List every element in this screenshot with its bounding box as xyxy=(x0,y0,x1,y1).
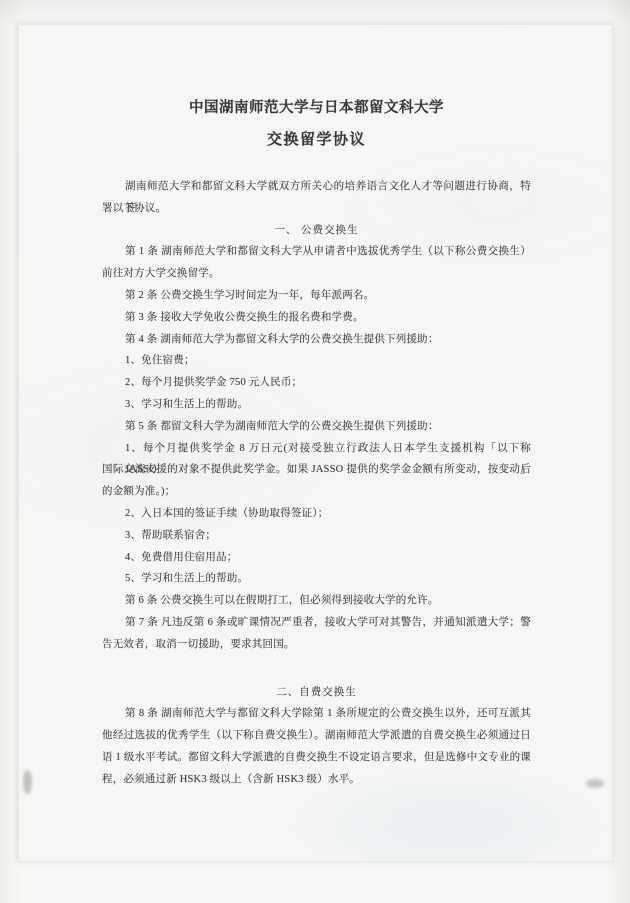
doc-line: 5、学习和生活上的帮助。 xyxy=(102,568,531,590)
doc-line: 程，必须通过新 HSK3 级以上（含新 HSK3 级）水平。 xyxy=(102,769,531,791)
doc-line: 国际交流支援的对象不提供此奖学金。如果 JASSO 提供的奖学金金额有所变动，按… xyxy=(102,459,531,481)
doc-line: 语 1 级水平考试。都留文科大学派遣的自费交换生不设定语言要求，但是选修中文专业… xyxy=(102,747,531,769)
doc-line: 1、免住宿费； xyxy=(102,350,531,372)
doc-line: 2、入日本国的签证手续（协助取得签证）； xyxy=(102,503,531,525)
doc-line: 告无效者，取消一切援助，要求其回国。 xyxy=(102,634,531,656)
doc-line: 1、每个月提供奖学金 8 万日元(对接受独立行政法人日本学生支援机构「以下称 J… xyxy=(102,438,531,460)
doc-line: 第 7 条 凡违反第 6 条或旷课情况严重者，接收大学可对其警告，并通知派遣大学… xyxy=(102,612,531,634)
document-title-line2: 交换留学协议 xyxy=(102,129,531,151)
doc-line: 第 4 条 湖南师范大学为都留文科大学的公费交换生提供下列援助： xyxy=(102,329,531,351)
doc-line: 第 1 条 湖南师范大学和都留文科大学从申请者中选拔优秀学生（以下称公费交换生） xyxy=(102,241,531,263)
doc-line: 的金额为准。)； xyxy=(102,481,531,503)
doc-line: 前往对方大学交换留学。 xyxy=(102,263,531,285)
doc-line: 4、免费借用住宿用品； xyxy=(102,547,531,569)
doc-line: 他经过选拔的优秀学生（以下称自费交换生）。湖南师范大学派遣的自费交换生必须通过日 xyxy=(102,725,531,747)
scanned-document-screen: 中国湖南师范大学与日本都留文科大学 交换留学协议 湖南师范大学和都留文科大学就双… xyxy=(0,0,630,903)
doc-line: 第 6 条 公费交换生可以在假期打工，但必须得到接收大学的允许。 xyxy=(102,590,531,612)
doc-line: 湖南师范大学和都留文科大学就双方所关心的培养语言文化人才等问题进行协商，特签 xyxy=(102,176,531,198)
section-heading: 一、 公费交换生 xyxy=(102,220,531,242)
doc-line: 3、帮助联系宿舍； xyxy=(102,525,531,547)
doc-line: 3、学习和生活上的帮助。 xyxy=(102,394,531,416)
doc-line: 第 2 条 公费交换生学习时间定为一年，每年派两名。 xyxy=(102,285,531,307)
document-body: 湖南师范大学和都留文科大学就双方所关心的培养语言文化人才等问题进行协商，特签署以… xyxy=(102,176,531,791)
doc-line: 第 5 条 都留文科大学为湖南师范大学的公费交换生提供下列援助： xyxy=(102,416,531,438)
doc-line: 第 8 条 湖南师范大学与都留文科大学除第 1 条所规定的公费交换生以外，还可互… xyxy=(102,703,531,725)
document-title-line1: 中国湖南师范大学与日本都留文科大学 xyxy=(102,97,531,119)
doc-line: 署以下协议。 xyxy=(102,198,531,220)
document-text-layer: 中国湖南师范大学与日本都留文科大学 交换留学协议 湖南师范大学和都留文科大学就双… xyxy=(0,0,630,903)
doc-line: 第 3 条 接收大学免收公费交换生的报名费和学费。 xyxy=(102,307,531,329)
section-heading: 二、自费交换生 xyxy=(102,682,531,704)
doc-line: 2、每个月提供奖学金 750 元人民币； xyxy=(102,372,531,394)
